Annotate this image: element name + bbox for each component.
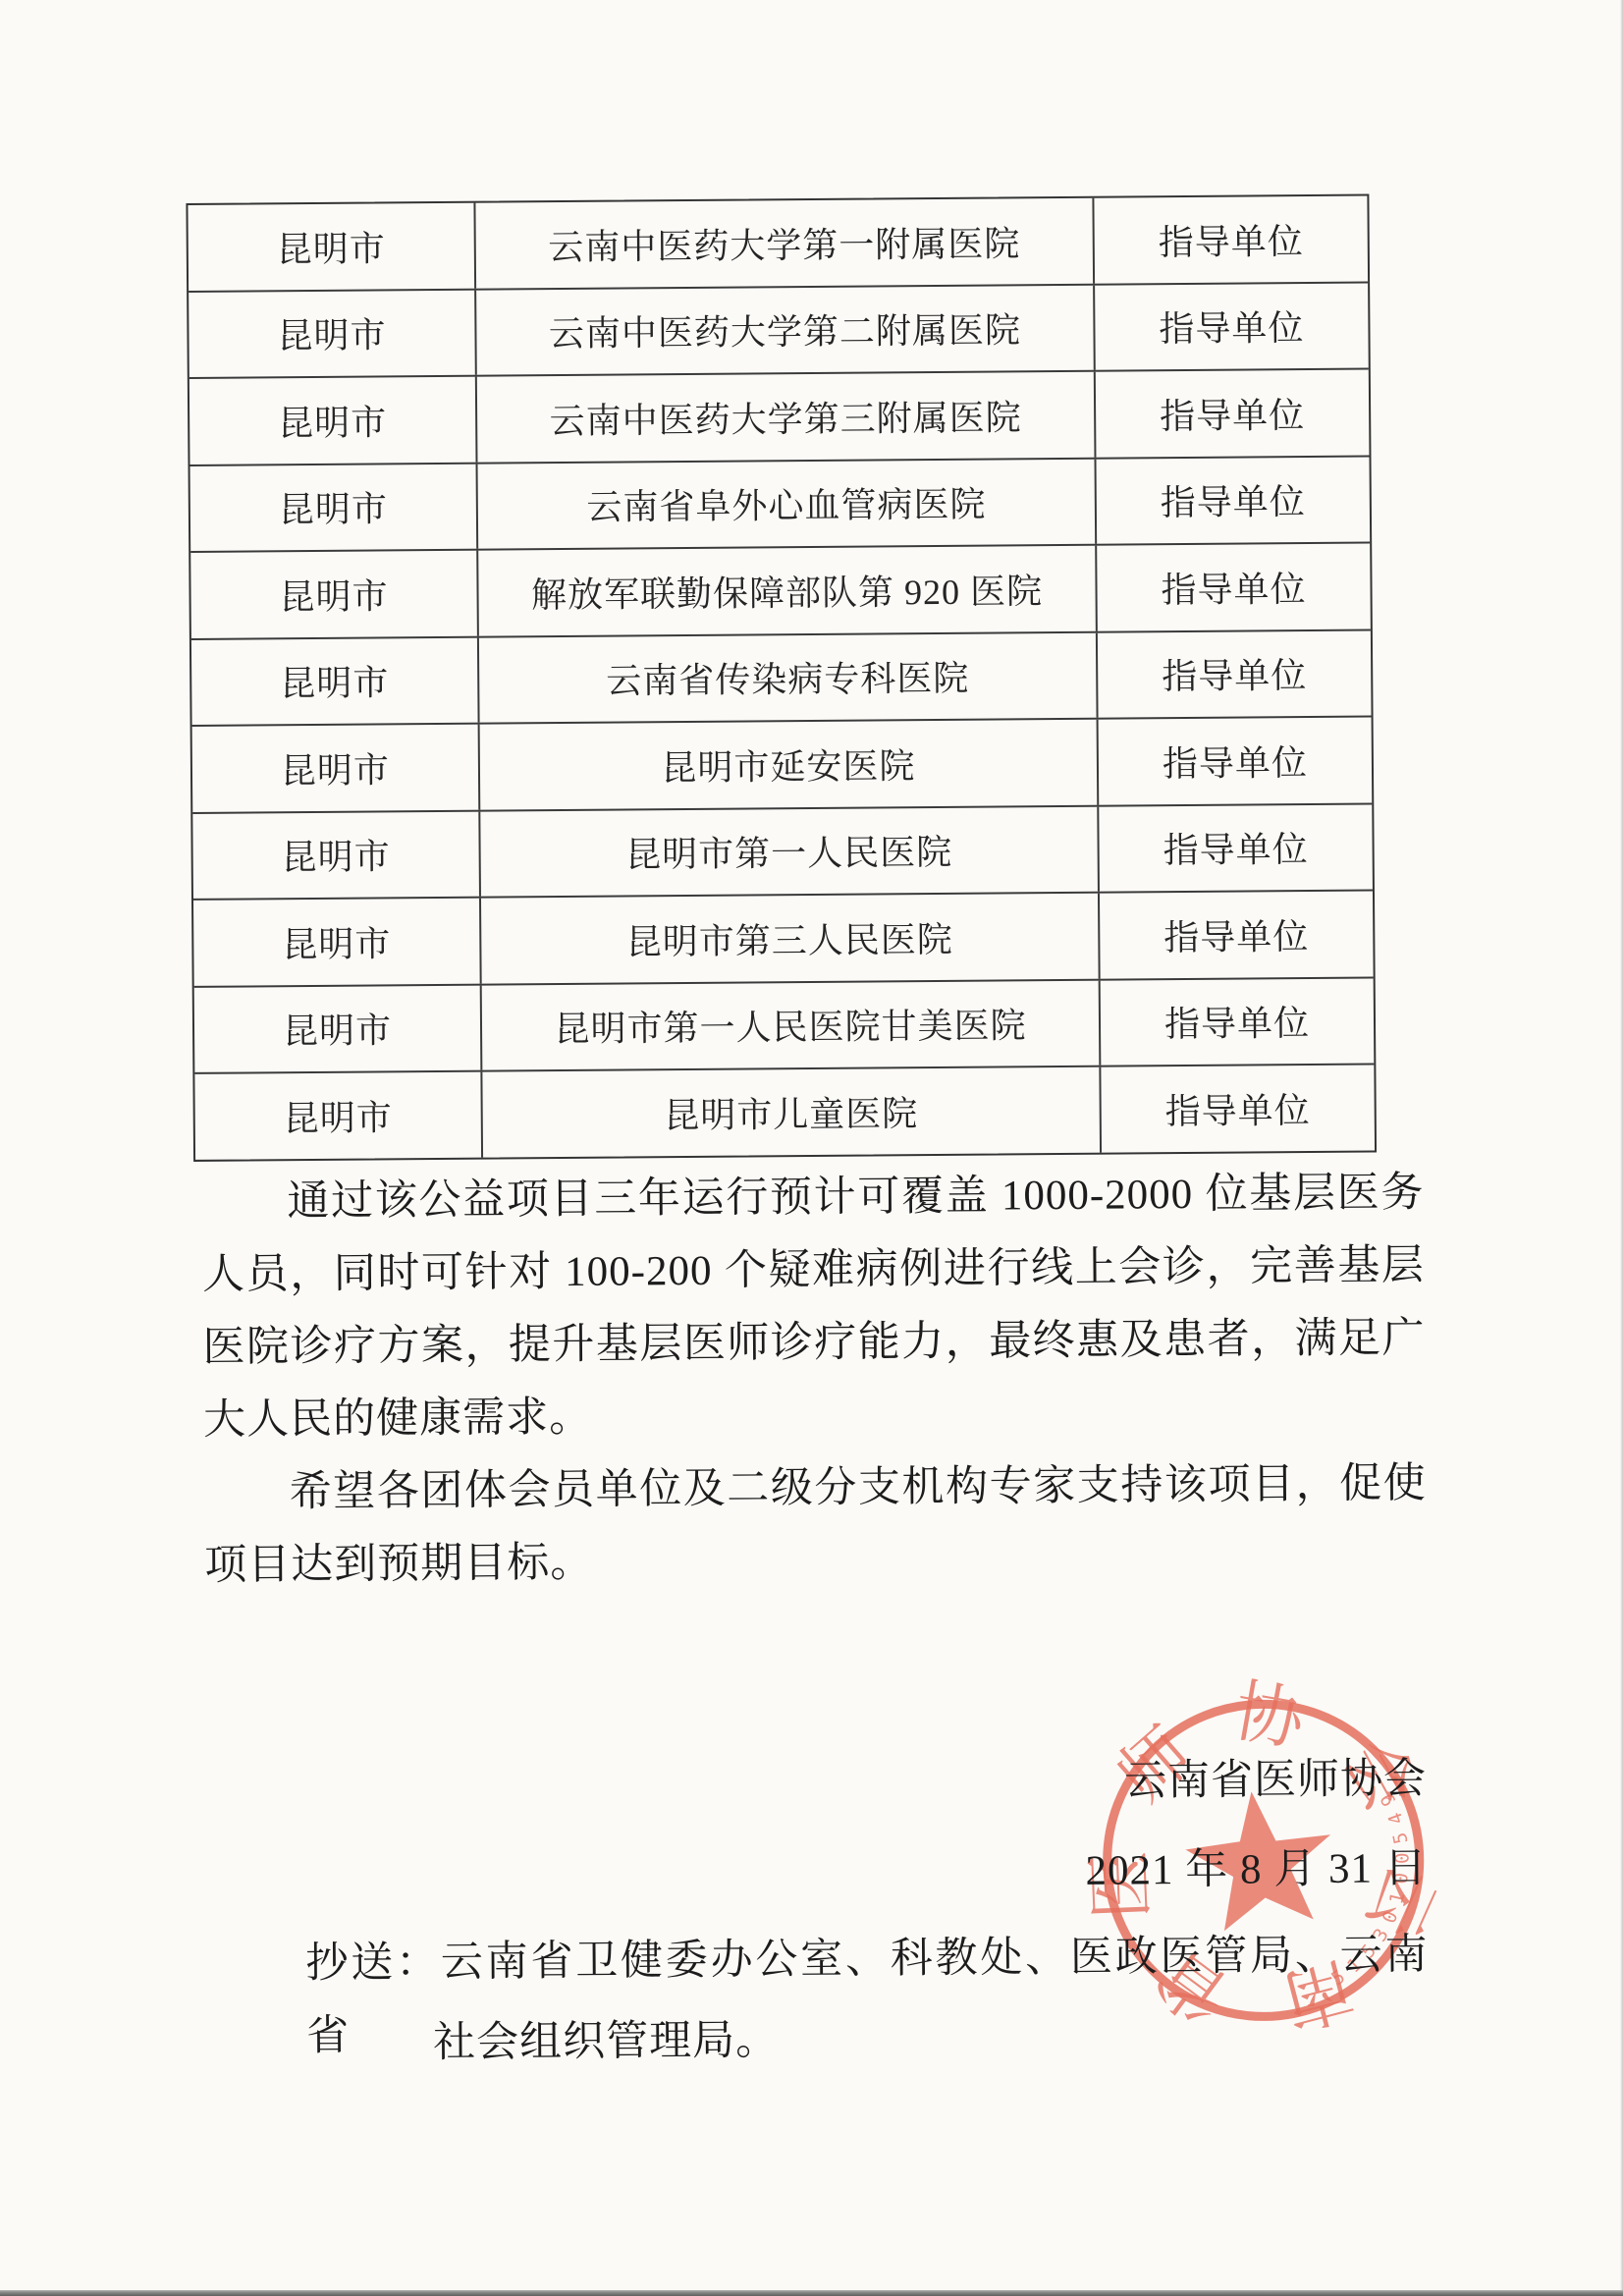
role-cell: 指导单位: [1095, 283, 1369, 370]
table-row: 昆明市解放军联勤保障部队第 920 医院指导单位: [190, 542, 1371, 638]
paragraph-line: 项目达到预期目标。: [204, 1520, 1428, 1603]
document-page: 云南省医师协会 51530100549 昆明市云南中医药大学第一附属医院指导单位…: [0, 0, 1623, 2296]
text-layer: 昆明市云南中医药大学第一附属医院指导单位 昆明市云南中医药大学第二附属医院指导单…: [0, 0, 1614, 7]
role-cell: 指导单位: [1096, 457, 1370, 544]
table-row: 昆明市昆明市延安医院指导单位: [192, 716, 1373, 812]
role-cell: 指导单位: [1096, 370, 1370, 458]
role-cell: 指导单位: [1099, 804, 1373, 892]
paragraph-line: 希望各团体会员单位及二级分支机构专家支持该项目，促使: [203, 1448, 1427, 1530]
city-cell: 昆明市: [194, 1072, 483, 1160]
hospital-cell: 解放军联勤保障部队第 920 医院: [478, 546, 1098, 635]
role-cell: 指导单位: [1098, 630, 1372, 718]
city-cell: 昆明市: [193, 899, 482, 986]
hospital-cell: 昆明市延安医院: [480, 720, 1100, 809]
role-cell: 指导单位: [1101, 978, 1375, 1066]
table-row: 昆明市云南中医药大学第二附属医院指导单位: [189, 281, 1369, 377]
city-cell: 昆明市: [189, 377, 478, 465]
city-cell: 昆明市: [194, 985, 483, 1072]
scan-bottom-edge: [0, 2290, 1623, 2296]
table-row: 昆明市云南中医药大学第三附属医院指导单位: [189, 368, 1370, 465]
signature-date: 2021 年 8 月 31 日: [207, 1832, 1429, 1915]
hospital-cell: 昆明市儿童医院: [482, 1067, 1102, 1157]
signature-org: 云南省医师协会: [206, 1743, 1428, 1826]
table-row: 昆明市昆明市第一人民医院甘美医院指导单位: [194, 976, 1375, 1072]
city-cell: 昆明市: [188, 203, 476, 291]
table-row: 昆明市昆明市儿童医院指导单位: [194, 1063, 1375, 1159]
hospital-cell: 昆明市第一人民医院: [480, 806, 1100, 896]
role-cell: 指导单位: [1099, 718, 1373, 805]
table-row: 昆明市云南省传染病专科医院指导单位: [191, 629, 1372, 725]
hospital-cell: 云南中医药大学第一附属医院: [475, 198, 1095, 288]
paragraph-line: 医院诊疗方案，提升基层医师诊疗能力，最终惠及患者，满足广: [202, 1302, 1426, 1385]
role-cell: 指导单位: [1094, 196, 1368, 284]
city-cell: 昆明市: [192, 725, 481, 812]
role-cell: 指导单位: [1097, 544, 1371, 631]
hospital-cell: 昆明市第一人民医院甘美医院: [482, 980, 1102, 1069]
table-row: 昆明市昆明市第三人民医院指导单位: [193, 890, 1374, 986]
hospital-cell: 云南中医药大学第三附属医院: [477, 372, 1097, 462]
city-cell: 昆明市: [192, 811, 481, 899]
table-row: 昆明市昆明市第一人民医院指导单位: [192, 802, 1373, 899]
city-cell: 昆明市: [191, 637, 480, 725]
city-cell: 昆明市: [190, 464, 479, 551]
hospitals-table: 昆明市云南中医药大学第一附属医院指导单位 昆明市云南中医药大学第二附属医院指导单…: [186, 194, 1377, 1162]
cc-line-2: 社会组织管理局。: [433, 2004, 780, 2080]
hospital-cell: 云南省传染病专科医院: [479, 632, 1099, 722]
table-row: 昆明市云南省阜外心血管病医院指导单位: [190, 455, 1371, 551]
hospital-cell: 云南省阜外心血管病医院: [478, 459, 1098, 548]
role-cell: 指导单位: [1100, 892, 1374, 979]
scanned-content: 云南省医师协会 51530100549 昆明市云南中医药大学第一附属医院指导单位…: [0, 0, 1623, 2296]
paragraph-line: 人员，同时可针对 100-200 个疑难病例进行线上会诊，完善基层: [202, 1230, 1426, 1312]
table-row: 昆明市云南中医药大学第一附属医院指导单位: [188, 196, 1368, 291]
cc-line-1: 抄送：云南省卫健委办公室、科教处、医政医管局、云南省: [305, 1919, 1429, 2000]
hospital-cell: 云南中医药大学第二附属医院: [476, 285, 1096, 374]
paragraph-line: 通过该公益项目三年运行预计可覆盖 1000-2000 位基层医务: [201, 1157, 1425, 1239]
city-cell: 昆明市: [190, 551, 479, 638]
hospital-cell: 昆明市第三人民医院: [481, 894, 1101, 983]
city-cell: 昆明市: [189, 290, 477, 377]
paragraph-line: 大人民的健康需求。: [203, 1375, 1427, 1457]
role-cell: 指导单位: [1101, 1065, 1375, 1152]
